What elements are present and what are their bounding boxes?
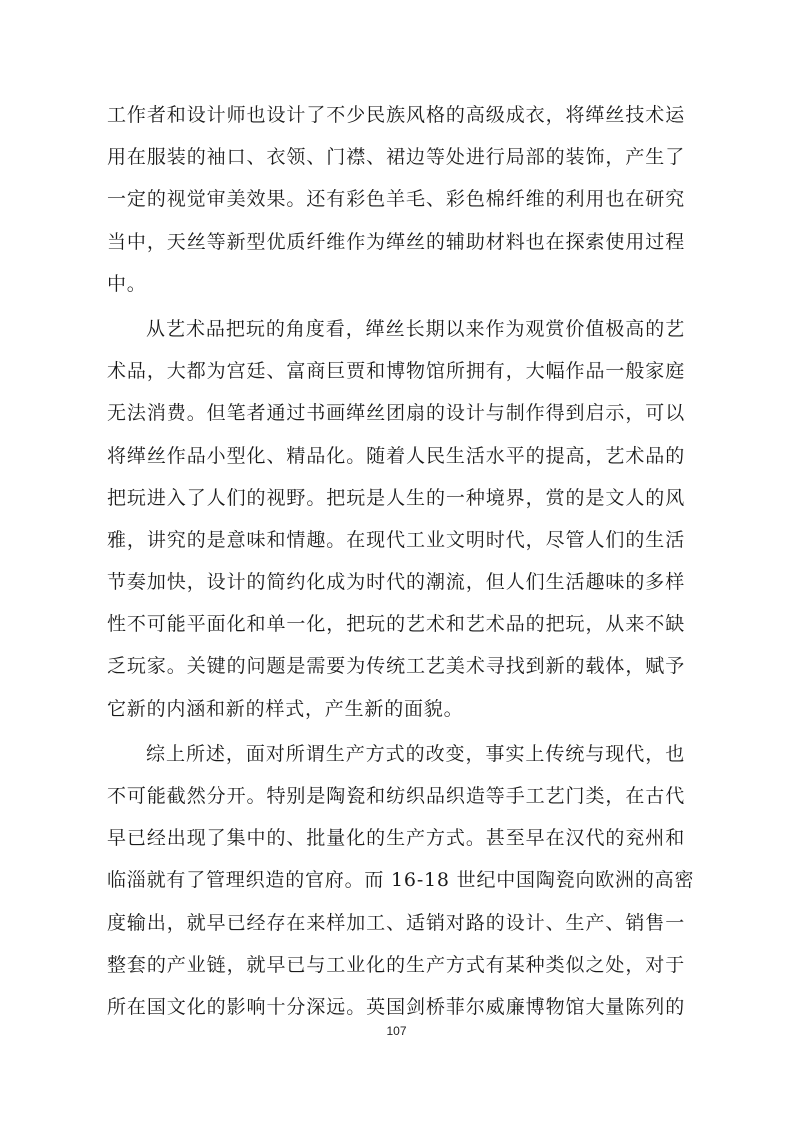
text-line: 中。 xyxy=(107,266,685,308)
text-line: 把玩进入了人们的视野。把玩是人生的一种境界，赏的是文人的风 xyxy=(107,480,685,522)
text-line: 术品，大都为宫廷、富商巨贾和博物馆所拥有，大幅作品一般家庭 xyxy=(107,353,685,395)
text-line: 一定的视觉审美效果。还有彩色羊毛、彩色棉纤维的利用也在研究 xyxy=(107,181,685,223)
text-line: 乏玩家。关键的问题是需要为传统工艺美术寻找到新的载体，赋予 xyxy=(107,648,685,690)
text-line: 将缂丝作品小型化、精品化。随着人民生活水平的提高，艺术品的 xyxy=(107,438,685,480)
text-line: 雅，讲究的是意味和情趣。在现代工业文明时代，尽管人们的生活 xyxy=(107,522,685,564)
paragraph-3: 综上所述，面对所谓生产方式的改变，事实上传统与现代，也 不可能截然分开。特别是陶… xyxy=(107,736,685,1031)
text-line: 用在服装的袖口、衣领、门襟、裙边等处进行局部的装饰，产生了 xyxy=(107,139,685,181)
paragraph-2: 从艺术品把玩的角度看，缂丝长期以来作为观赏价值极高的艺 术品，大都为宫廷、富商巨… xyxy=(107,311,685,733)
text-line: 它新的内涵和新的样式，产生新的面貌。 xyxy=(107,691,685,733)
text-line: 综上所述，面对所谓生产方式的改变，事实上传统与现代，也 xyxy=(107,736,685,778)
text-line: 从艺术品把玩的角度看，缂丝长期以来作为观赏价值极高的艺 xyxy=(107,311,685,353)
text-line: 无法消费。但笔者通过书画缂丝团扇的设计与制作得到启示，可以 xyxy=(107,395,685,437)
text-line: 节奏加快，设计的简约化成为时代的潮流，但人们生活趣味的多样 xyxy=(107,564,685,606)
text-line: 整套的产业链，就早已与工业化的生产方式有某种类似之处，对于 xyxy=(107,947,685,989)
text-line: 度输出，就早已经存在来样加工、适销对路的设计、生产、销售一 xyxy=(107,905,685,947)
text-line: 早已经出现了集中的、批量化的生产方式。甚至早在汉代的兖州和 xyxy=(107,820,685,862)
text-line: 工作者和设计师也设计了不少民族风格的高级成衣，将缂丝技术运 xyxy=(107,97,685,139)
text-line: 临淄就有了管理织造的官府。而 16-18 世纪中国陶瓷向欧洲的高密 xyxy=(107,862,685,904)
text-line: 性不可能平面化和单一化，把玩的艺术和艺术品的把玩，从来不缺 xyxy=(107,606,685,648)
text-line: 当中，天丝等新型优质纤维作为缂丝的辅助材料也在探索使用过程 xyxy=(107,224,685,266)
page-number: 107 xyxy=(0,1024,793,1038)
text-line: 不可能截然分开。特别是陶瓷和纺织品织造等手工艺门类，在古代 xyxy=(107,778,685,820)
paragraph-1: 工作者和设计师也设计了不少民族风格的高级成衣，将缂丝技术运 用在服装的袖口、衣领… xyxy=(107,97,685,308)
document-body: 工作者和设计师也设计了不少民族风格的高级成衣，将缂丝技术运 用在服装的袖口、衣领… xyxy=(107,97,685,1031)
